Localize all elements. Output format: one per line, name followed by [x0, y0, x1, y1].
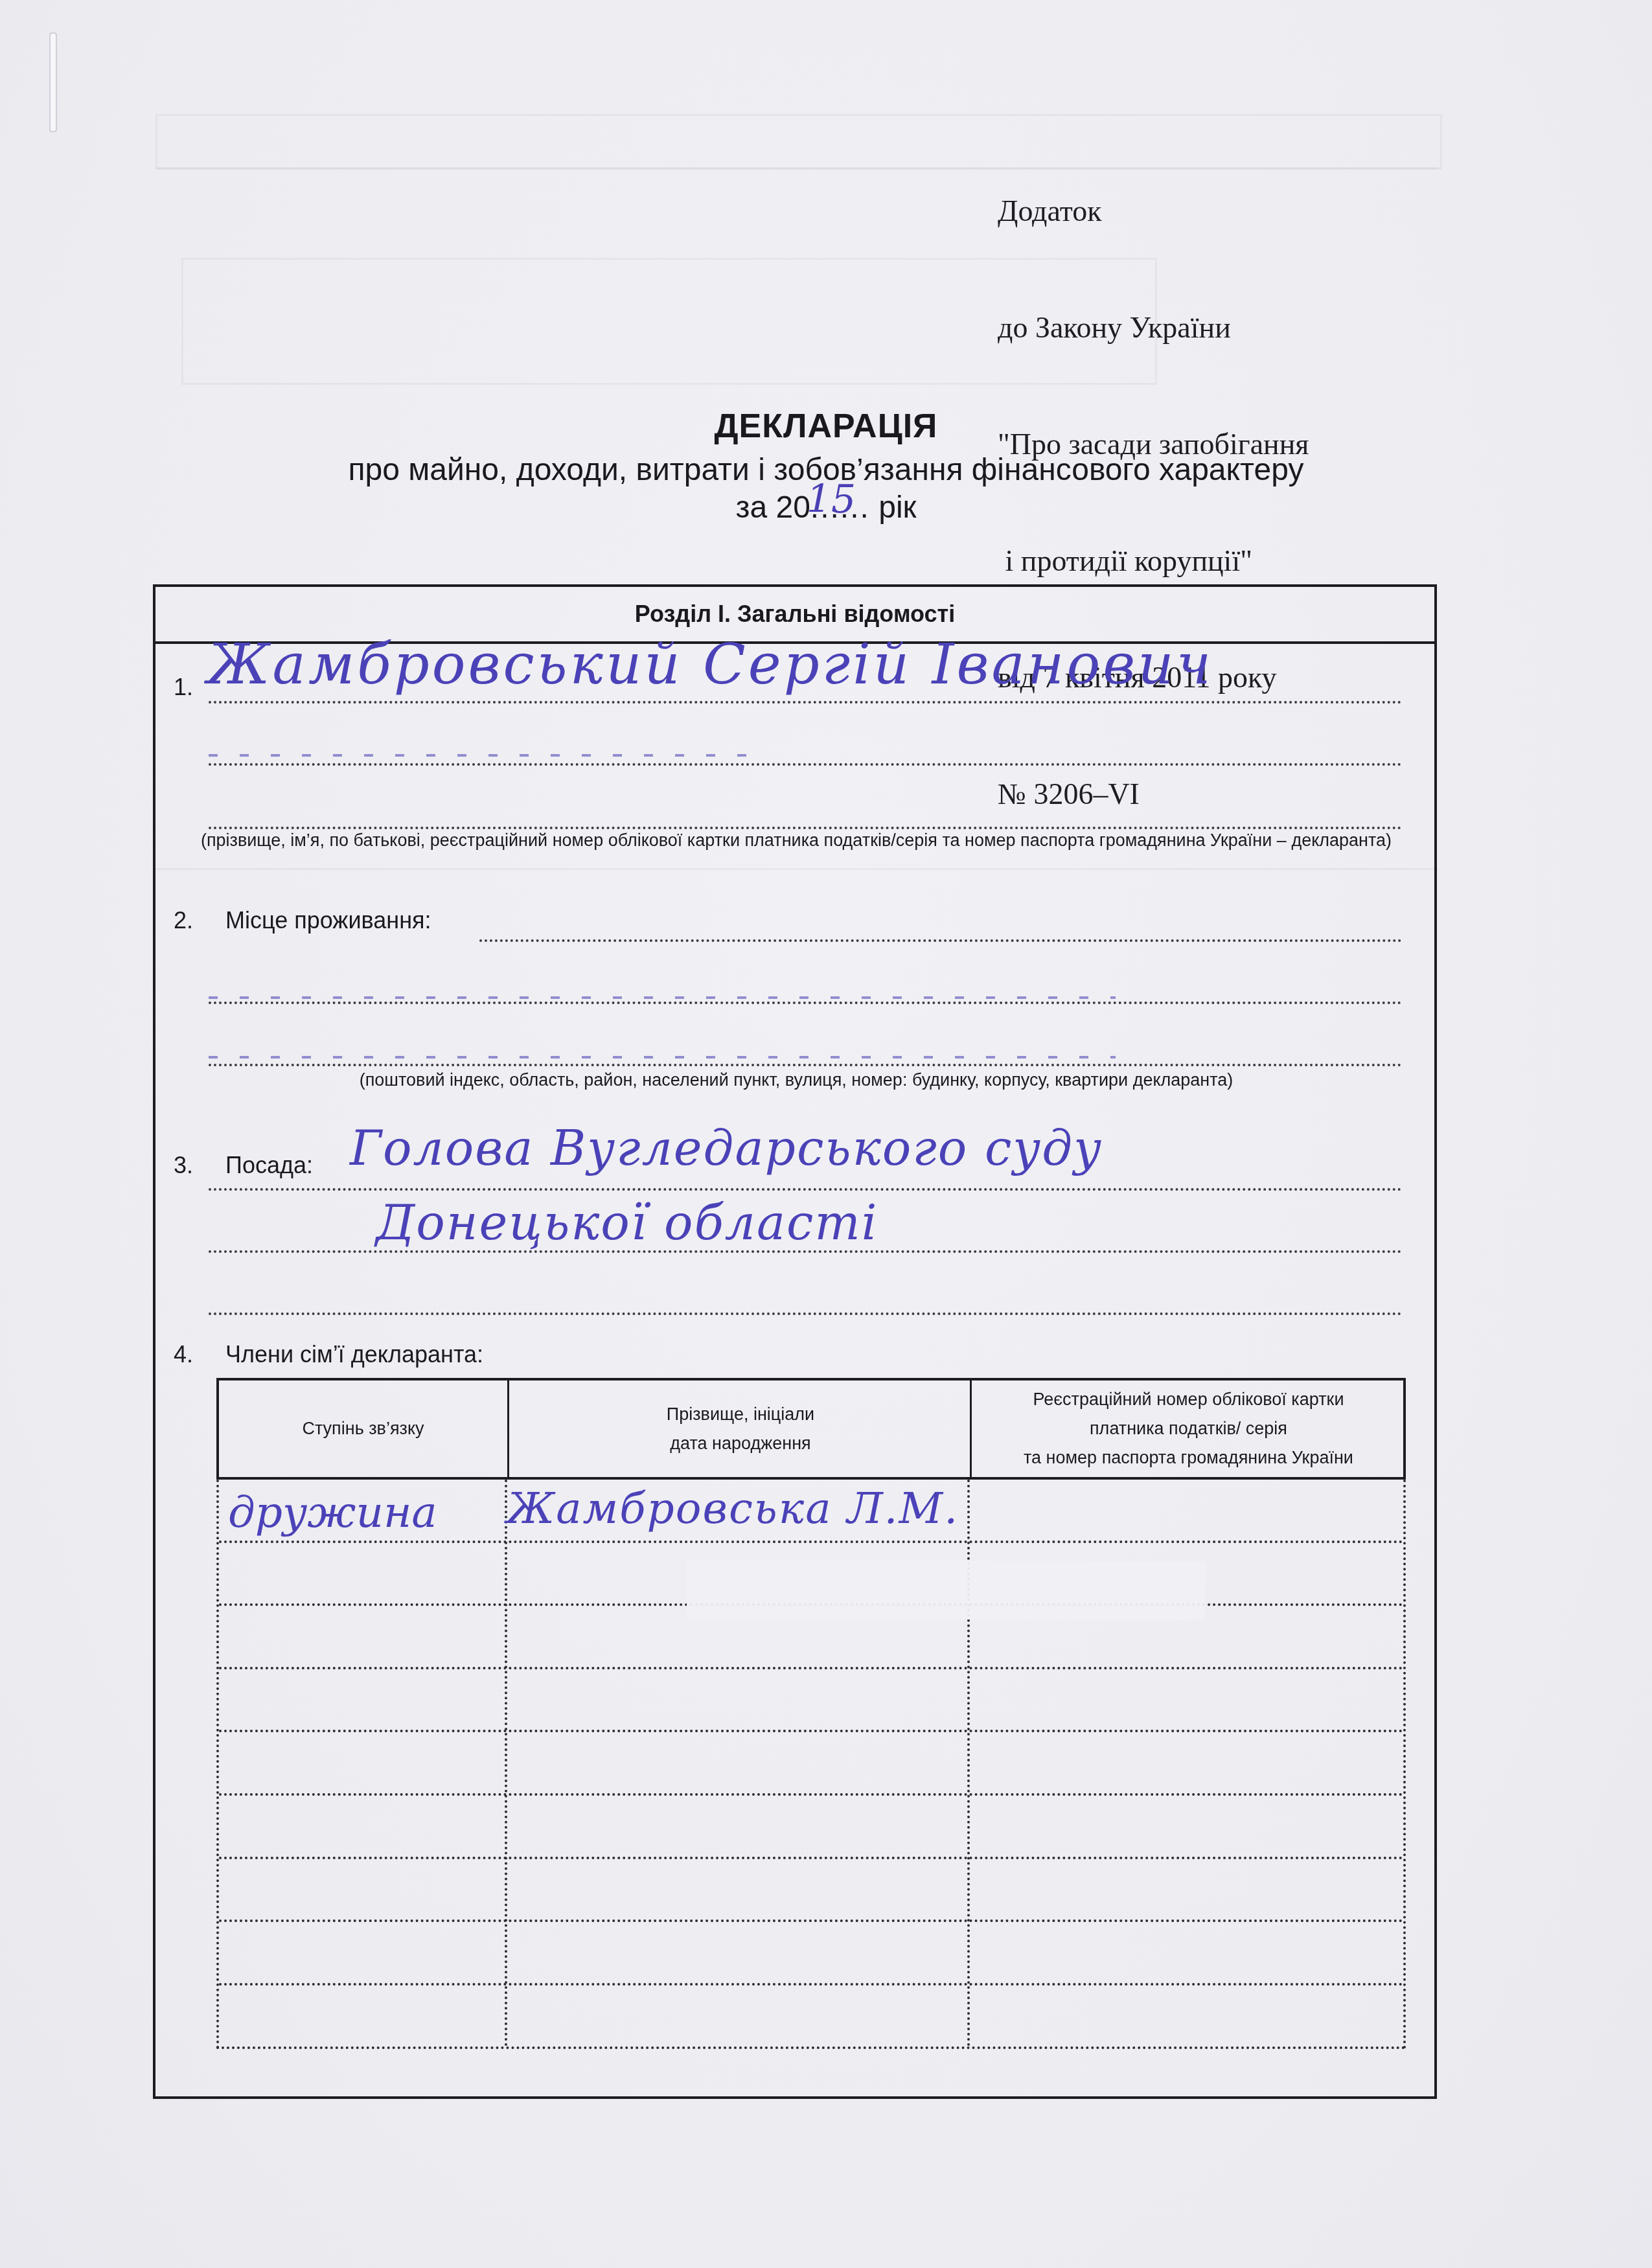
year-field: ......15 [810, 490, 870, 525]
position-label: Посада: [225, 1152, 313, 1179]
item-2-number: 2. [174, 907, 193, 934]
position-handwritten-line-1: Голова Вугледарського суду [350, 1121, 1103, 1176]
item-3-number: 3. [174, 1152, 193, 1179]
appendix-line: і протидії корупції" [998, 542, 1309, 580]
appendix-line: до Закону України [998, 308, 1309, 347]
table-row [219, 1480, 1403, 1986]
scanned-page: Додаток до Закону України "Про засади за… [0, 0, 1652, 2268]
item-4-number: 4. [174, 1341, 193, 1368]
year-suffix: рік [878, 490, 916, 525]
residence-label: Місце проживання: [225, 907, 431, 934]
name-line-2 [209, 763, 1402, 766]
position-handwritten-line-2: Донецької області [376, 1195, 878, 1251]
family-name-handwritten: Жамбровська Л.М. [507, 1483, 959, 1533]
redacted-address-scribble [209, 996, 1116, 999]
header-name-dob-text: Прізвище, ініціали дата народження [667, 1400, 814, 1458]
family-members-label: Члени сім’ї декларанта: [225, 1341, 483, 1368]
header-name-dob: Прізвище, ініціали дата народження [507, 1380, 972, 1477]
item-1-caption: (прізвище, ім’я, по батькові, реєстрацій… [155, 830, 1437, 851]
item-1-number: 1. [174, 674, 193, 701]
name-line-1 [209, 701, 1402, 704]
year-handwritten: 15 [807, 477, 856, 522]
header-relation: Ступінь зв’язку [219, 1380, 507, 1477]
residence-line-3 [209, 1064, 1402, 1066]
header-tax-passport: Реєстраційний номер облікової картки пла… [970, 1380, 1405, 1477]
header-relation-text: Ступінь зв’язку [302, 1414, 424, 1443]
name-line-3 [209, 827, 1402, 829]
staple-mark [49, 32, 57, 132]
position-line-3 [209, 1312, 1402, 1315]
family-relation-handwritten: дружина [228, 1487, 437, 1537]
residence-line-2 [209, 1002, 1402, 1004]
declarant-name-handwritten: Жамбровський Сергій Іванович [207, 632, 1213, 697]
position-line-2 [209, 1250, 1402, 1253]
declaration-title: ДЕКЛАРАЦІЯ [0, 407, 1652, 446]
residence-line-1 [479, 939, 1402, 942]
redacted-tax-number-scribble [209, 754, 759, 757]
header-tax-passport-text: Реєстраційний номер облікової картки пла… [1024, 1385, 1353, 1472]
redacted-address-scribble [209, 1056, 1116, 1059]
family-members-table: Ступінь зв’язку Прізвище, ініціали дата … [216, 1378, 1406, 2049]
appendix-line: Додаток [998, 192, 1309, 231]
declaration-year: за 20......15 рік [0, 490, 1652, 525]
redacted-area [687, 1561, 1205, 1620]
year-prefix: за 20 [735, 490, 810, 525]
family-table-header: Ступінь зв’язку Прізвище, ініціали дата … [216, 1378, 1406, 1480]
position-line-1 [209, 1188, 1402, 1191]
item-2-caption: (поштовий індекс, область, район, населе… [155, 1070, 1437, 1090]
